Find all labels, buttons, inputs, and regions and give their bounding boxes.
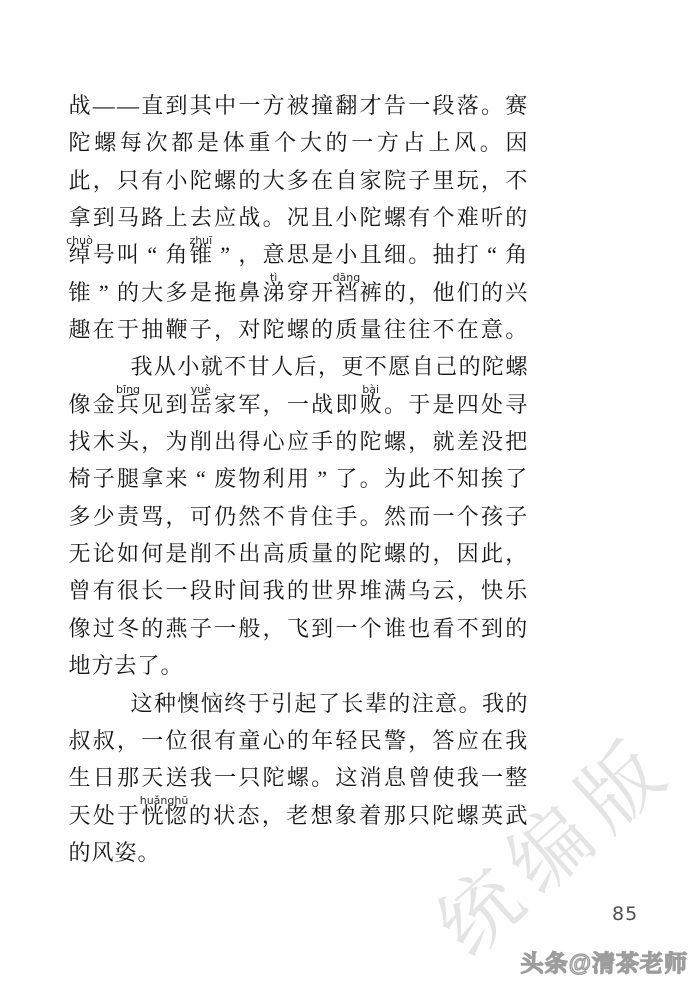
char-cell: 多: [286, 162, 309, 199]
char-cell: 上: [165, 199, 188, 236]
char-cell: 得: [238, 423, 261, 460]
char-cell: 是: [432, 386, 455, 423]
char-cell: 象: [334, 797, 357, 834]
char-cell: 间: [238, 572, 261, 609]
char-cell: 肯: [286, 498, 309, 535]
char-cell: 答: [432, 722, 455, 759]
char-cell: 乐: [505, 572, 528, 609]
char-cell: 小: [335, 199, 358, 236]
char-cell: 应: [456, 722, 479, 759]
char-cell: 是: [311, 236, 334, 273]
char-cell: 陀: [189, 162, 212, 199]
pinyin-annotation: bīng: [116, 384, 140, 395]
char-cell: 落: [456, 87, 479, 124]
char-cell: 即: [335, 386, 358, 423]
char-cell: 无: [68, 535, 91, 572]
char-cell: 不: [262, 498, 285, 535]
char-cell: 终: [224, 685, 247, 722]
char-cell: 小: [335, 236, 358, 273]
char-cell: 堆: [359, 572, 382, 609]
char-cell: 有: [408, 199, 431, 236]
char-cell: 方: [262, 87, 285, 124]
text-line: 趣在于抽鞭子，对陀螺的质量往往不在意。: [68, 311, 528, 348]
char-cell: 处: [481, 386, 504, 423]
char-cell: 民: [359, 722, 382, 759]
char-cell: 多: [68, 498, 91, 535]
char-cell: 被: [286, 87, 309, 124]
char-cell: 为: [165, 423, 188, 460]
char-cell: 每: [119, 124, 142, 161]
pinyin-annotation: bài: [362, 384, 379, 395]
char-cell: 一: [481, 759, 504, 796]
char-cell: 才: [359, 87, 382, 124]
char-cell: ，: [481, 162, 504, 199]
char-cell: 陀: [68, 124, 91, 161]
char-cell: 世: [311, 572, 334, 609]
char-cell: 。: [262, 199, 285, 236]
char-cell: 到: [165, 87, 188, 124]
char-cell: 玩: [456, 162, 479, 199]
char-cell: 心: [262, 722, 285, 759]
char-cell: 于: [408, 386, 431, 423]
char-cell: 且: [359, 236, 382, 273]
char-cell: 一: [165, 572, 188, 609]
char-cell: 长: [141, 572, 164, 609]
char-cell: 愿: [388, 348, 411, 385]
char-cell: 自: [411, 348, 434, 385]
char-cell: 差: [456, 423, 479, 460]
char-cell: 在: [92, 311, 115, 348]
char-cell: 应: [214, 199, 237, 236]
pinyin-annotation: tì: [270, 272, 277, 283]
char-cell: 的: [68, 834, 91, 871]
char-cell: 是: [165, 535, 188, 572]
char-cell: 他: [432, 274, 455, 311]
char-cell: 看: [432, 610, 455, 647]
char-cell: 息: [383, 759, 406, 796]
char-cell: 赛: [505, 87, 528, 124]
char-cell: 思: [286, 236, 309, 273]
char-cell: ，: [262, 610, 285, 647]
char-cell: 马: [117, 199, 140, 236]
char-cell: 我: [262, 572, 285, 609]
char-cell: ，: [408, 722, 431, 759]
char-cell: 手: [335, 498, 358, 535]
char-cell: 难: [456, 199, 479, 236]
char-cell: 很: [189, 722, 212, 759]
pinyin-annotation: huǎnghū: [140, 795, 189, 806]
char-cell: 骂: [141, 498, 164, 535]
char-cell: 应: [286, 423, 309, 460]
char-cell: 于: [117, 311, 140, 348]
char-cell: 角: [165, 236, 188, 273]
char-cell: 般: [238, 610, 261, 647]
text-line: 的风姿。: [68, 834, 528, 871]
char-cell: ，: [238, 236, 261, 273]
char-cell: 都: [171, 124, 194, 161]
char-cell: 的: [335, 423, 358, 460]
text-line: 叔叔，一位很有童心的年轻民警，答应在我: [68, 722, 528, 759]
char-cell: 见: [141, 386, 164, 423]
char-cell: ，: [505, 535, 528, 572]
char-cell: 螺: [94, 124, 117, 161]
char-cell: 那: [117, 759, 140, 796]
char-cell: 了: [505, 460, 528, 497]
char-cell: 螺: [383, 535, 406, 572]
char-cell: 。: [479, 124, 502, 161]
char-cell: 在: [311, 162, 334, 199]
char-cell: 风: [454, 124, 477, 161]
char-cell: 此: [481, 535, 504, 572]
char-cell: 更: [341, 348, 364, 385]
char-cell: 的: [238, 162, 261, 199]
char-cell: 姿: [114, 834, 137, 871]
char-cell: 的: [141, 610, 164, 647]
char-cell: 有: [214, 722, 237, 759]
char-cell: 个: [274, 124, 297, 161]
char-cell: 因: [505, 124, 528, 161]
pinyin-annotation: dāng: [333, 272, 361, 283]
char-cell: 英: [481, 797, 504, 834]
char-cell: 螺: [505, 348, 528, 385]
char-cell: 子: [189, 610, 212, 647]
char-cell: 人: [271, 348, 294, 385]
char-cell: 开: [311, 274, 334, 311]
char-cell: 过: [92, 610, 115, 647]
char-cell: 头: [117, 423, 140, 460]
char-cell: 了: [335, 460, 358, 497]
char-cell: 一: [335, 610, 358, 647]
char-cell: 甘: [247, 348, 270, 385]
char-cell: 于: [247, 685, 270, 722]
char-cell: 辈: [364, 685, 387, 722]
char-cell: 注: [411, 685, 434, 722]
char-cell: 小: [177, 348, 200, 385]
annotated-word: 岳yuè: [189, 386, 212, 423]
char-cell: 家: [214, 386, 237, 423]
char-cell: 了: [318, 685, 341, 722]
char-cell: 的: [117, 274, 140, 311]
char-cell: 状: [213, 797, 236, 834]
char-cell: 只: [117, 162, 140, 199]
pinyin-annotation: chuò: [66, 235, 93, 246]
char-cell: 在: [456, 311, 479, 348]
text-line: 找木头，为削出得心应手的陀螺，就差没把: [68, 423, 528, 460]
char-cell: 我: [456, 759, 479, 796]
char-cell: ，: [262, 386, 285, 423]
char-cell: 叔: [68, 722, 91, 759]
char-cell: 角: [505, 236, 528, 273]
watermark-footer: 头条@清茶老师: [521, 945, 688, 978]
char-cell: 叔: [92, 722, 115, 759]
char-cell: 螺: [214, 162, 237, 199]
char-cell: 鞭: [165, 311, 188, 348]
char-cell: 军: [238, 386, 261, 423]
char-cell: 个: [432, 199, 455, 236]
text-line: 像金兵bīng见到岳yuè家军，一战即败bài。于是四处寻: [68, 386, 528, 423]
char-cell: 曾: [68, 572, 91, 609]
char-cell: 。: [481, 87, 504, 124]
char-cell: 裤: [359, 274, 382, 311]
char-cell: 我: [482, 685, 505, 722]
char-cell: 撞: [311, 87, 334, 124]
char-cell: 抽: [432, 236, 455, 273]
text-line: 椅子腿拿来“废物利用”了。为此不知挨了: [68, 460, 528, 497]
char-cell: 的: [388, 685, 411, 722]
char-cell: 的: [458, 348, 481, 385]
char-cell: 大: [262, 162, 285, 199]
char-cell: 螺: [286, 759, 309, 796]
char-cell: 乌: [408, 572, 431, 609]
char-cell: 方: [91, 647, 114, 684]
char-cell: 一: [214, 759, 237, 796]
char-cell: 态: [237, 797, 260, 834]
char-cell: “: [189, 460, 212, 497]
char-cell: 一: [238, 87, 261, 124]
char-cell: 种: [153, 685, 176, 722]
char-cell: 此: [68, 162, 91, 199]
char-cell: 四: [456, 386, 479, 423]
char-cell: 时: [214, 572, 237, 609]
char-cell: 生: [68, 759, 91, 796]
char-cell: 大: [141, 274, 164, 311]
char-cell: 的: [505, 610, 528, 647]
char-cell: 出: [214, 423, 237, 460]
char-cell: 一: [214, 610, 237, 647]
char-cell: —: [92, 87, 115, 124]
char-cell: 风: [91, 834, 114, 871]
text-line: 锥”的大多是拖鼻涕tì穿开裆dāng裤的，他们的兴: [68, 274, 528, 311]
char-cell: 武: [505, 797, 528, 834]
char-cell: 直: [141, 87, 164, 124]
char-cell: ，: [456, 572, 479, 609]
char-cell: 出: [238, 535, 261, 572]
text-line: 曾有很长一段时间我的世界堆满乌云，快乐: [68, 572, 528, 609]
char-cell: 那: [383, 797, 406, 834]
char-cell: 的: [481, 274, 504, 311]
char-cell: 地: [68, 647, 91, 684]
char-cell: 而: [408, 498, 431, 535]
char-cell: ”: [311, 460, 334, 497]
char-cell: 己: [435, 348, 458, 385]
char-cell: 且: [311, 199, 334, 236]
char-cell: 界: [335, 572, 358, 609]
char-cell: 恼: [200, 685, 223, 722]
char-cell: 个: [359, 610, 382, 647]
char-cell: 燕: [165, 610, 188, 647]
text-line: 战——直到其中一方被撞翻才告一段落。赛: [68, 87, 528, 124]
char-cell: 子: [408, 162, 431, 199]
char-cell: 不: [214, 535, 237, 572]
char-cell: 的: [311, 311, 334, 348]
char-cell: 住: [311, 498, 334, 535]
char-cell: 寻: [505, 386, 528, 423]
char-cell: 处: [92, 797, 115, 834]
char-cell: 何: [141, 535, 164, 572]
char-cell: 翻: [335, 87, 358, 124]
char-cell: 兴: [505, 274, 528, 311]
annotated-word: 兵bīng: [117, 386, 140, 423]
char-cell: 懊: [177, 685, 200, 722]
char-cell: 知: [456, 460, 479, 497]
char-cell: 天: [68, 797, 91, 834]
char-cell: 在: [481, 722, 504, 759]
char-cell: 然: [383, 498, 406, 535]
char-cell: 的: [335, 535, 358, 572]
char-cell: 螺: [286, 311, 309, 348]
char-cell: 削: [189, 423, 212, 460]
char-cell: ，: [117, 722, 140, 759]
char-cell: 论: [92, 535, 115, 572]
char-cell: 螺: [456, 797, 479, 834]
char-cell: 因: [456, 535, 479, 572]
char-cell: 螺: [383, 423, 406, 460]
char-cell: 着: [359, 797, 382, 834]
char-cell: 趣: [68, 311, 91, 348]
char-cell: 。: [408, 236, 431, 273]
char-cell: 挨: [481, 460, 504, 497]
char-cell: 轻: [335, 722, 358, 759]
char-cell: 打: [456, 236, 479, 273]
char-cell: 冬: [117, 610, 140, 647]
pinyin-annotation: zhuī: [189, 235, 212, 246]
char-cell: 质: [335, 311, 358, 348]
char-cell: 天: [141, 759, 164, 796]
char-cell: 质: [286, 535, 309, 572]
char-cell: 号: [92, 236, 115, 273]
char-cell: 从: [153, 348, 176, 385]
text-line: 无论如何是削不出高质量的陀螺的，因此，: [68, 535, 528, 572]
char-cell: 的: [286, 572, 309, 609]
char-cell: 只: [407, 797, 430, 834]
char-cell: 到: [92, 199, 115, 236]
char-cell: 仍: [214, 498, 237, 535]
char-cell: 后: [294, 348, 317, 385]
char-cell: 长: [341, 685, 364, 722]
char-cell: ，: [141, 423, 164, 460]
char-cell: 于: [117, 797, 140, 834]
char-cell: 孩: [481, 498, 504, 535]
char-cell: 对: [238, 311, 261, 348]
char-cell: 削: [189, 535, 212, 572]
char-cell: 。: [137, 834, 160, 871]
char-cell: 到: [311, 610, 334, 647]
body-text: 战——直到其中一方被撞翻才告一段落。赛陀螺每次都是体重个大的一方占上风。因此，只…: [68, 87, 528, 871]
text-line: 绰chuò号叫“角锥zhuī”，意思是小且细。抽打“角: [68, 236, 528, 273]
char-cell: 们: [456, 274, 479, 311]
char-cell: 像: [68, 610, 91, 647]
char-cell: 利: [262, 460, 285, 497]
char-cell: 一: [408, 87, 431, 124]
char-cell: 责: [117, 498, 140, 535]
char-cell: 腿: [117, 460, 140, 497]
char-cell: 。: [311, 759, 334, 796]
char-cell: 就: [200, 348, 223, 385]
char-cell: 战: [68, 87, 91, 124]
char-cell: 起: [294, 685, 317, 722]
char-cell: 的: [408, 535, 431, 572]
text-line: 拿到马路上去应战。况且小陀螺有个难听的: [68, 199, 528, 236]
char-cell: 抽: [141, 311, 164, 348]
annotated-word: 绰chuò: [68, 236, 91, 273]
char-cell: 不: [432, 311, 455, 348]
annotated-word: 锥zhuī: [189, 236, 212, 273]
char-cell: 的: [505, 685, 528, 722]
char-cell: 陀: [359, 535, 382, 572]
char-cell: 一: [141, 722, 164, 759]
char-cell: 只: [238, 759, 261, 796]
char-cell: 听: [481, 199, 504, 236]
char-cell: 然: [238, 498, 261, 535]
annotated-word: 裆dāng: [335, 274, 358, 311]
char-cell: 不: [456, 610, 479, 647]
char-cell: 手: [311, 423, 334, 460]
char-cell: 大: [299, 124, 322, 161]
char-cell: 意: [435, 685, 458, 722]
char-cell: —: [117, 87, 140, 124]
char-cell: 可: [189, 498, 212, 535]
char-cell: 个: [456, 498, 479, 535]
char-cell: 有: [141, 162, 164, 199]
char-cell: 陀: [262, 759, 285, 796]
char-cell: ，: [318, 348, 341, 385]
char-cell: 拿: [68, 199, 91, 236]
char-cell: 战: [238, 199, 261, 236]
text-line: 这种懊恼终于引起了长辈的注意。我的: [68, 685, 528, 722]
char-cell: 告: [383, 87, 406, 124]
char-cell: 老: [286, 797, 309, 834]
char-cell: ，: [408, 423, 431, 460]
char-cell: ”: [214, 236, 237, 273]
char-cell: 没: [481, 423, 504, 460]
char-cell: 这: [335, 759, 358, 796]
char-cell: 战: [311, 386, 334, 423]
char-cell: 谁: [383, 610, 406, 647]
char-cell: 物: [238, 460, 261, 497]
char-cell: 拖: [214, 274, 237, 311]
char-cell: 穿: [286, 274, 309, 311]
char-cell: 陀: [359, 423, 382, 460]
char-cell: ”: [92, 274, 115, 311]
char-cell: 像: [68, 386, 91, 423]
char-cell: 不: [432, 460, 455, 497]
char-cell: 拿: [141, 460, 164, 497]
char-cell: 量: [359, 311, 382, 348]
char-cell: 不: [364, 348, 387, 385]
char-cell: 我: [130, 348, 153, 385]
char-cell: 路: [141, 199, 164, 236]
char-cell: 很: [117, 572, 140, 609]
char-cell: 曾: [408, 759, 431, 796]
char-cell: 我: [505, 722, 528, 759]
char-cell: ，: [214, 311, 237, 348]
char-cell: 使: [432, 759, 455, 796]
char-cell: 子: [92, 460, 115, 497]
char-cell: 锥: [68, 274, 91, 311]
char-cell: 重: [248, 124, 271, 161]
char-cell: 往: [408, 311, 431, 348]
char-cell: 高: [262, 535, 285, 572]
char-cell: 细: [383, 236, 406, 273]
char-cell: 里: [432, 162, 455, 199]
char-cell: 小: [165, 162, 188, 199]
char-cell: 的: [188, 797, 211, 834]
char-cell: 一: [351, 124, 374, 161]
char-cell: 此: [408, 460, 431, 497]
char-cell: 一: [432, 498, 455, 535]
char-cell: 次: [145, 124, 168, 161]
char-cell: 的: [505, 199, 528, 236]
